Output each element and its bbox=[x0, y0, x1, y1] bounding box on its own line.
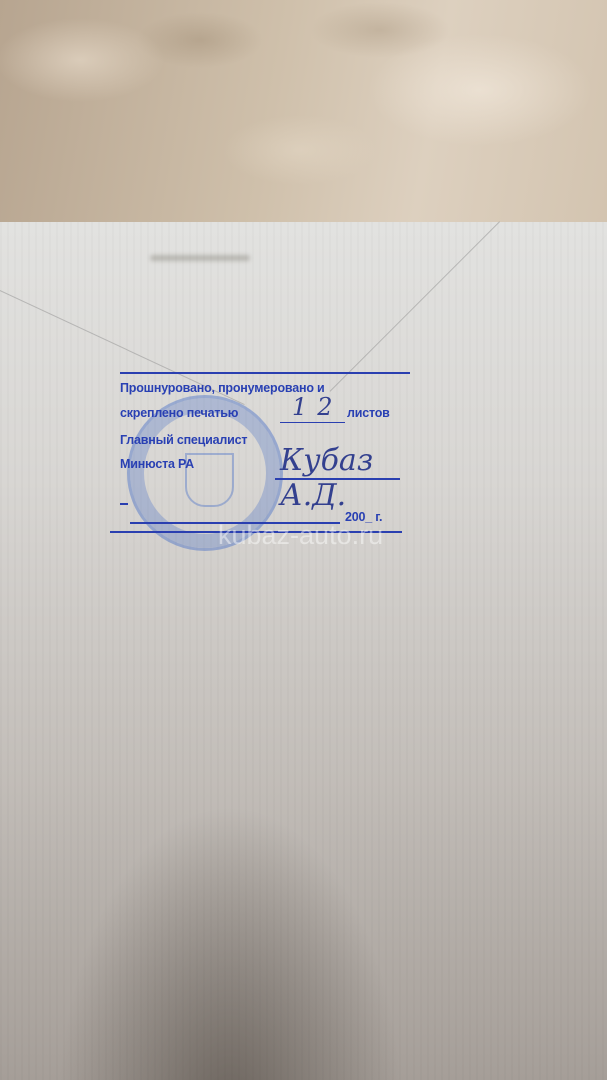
stamp-line-2-suffix: листов bbox=[347, 406, 390, 420]
paper-smudge bbox=[150, 255, 250, 261]
stamp-line-4: Минюста РА bbox=[120, 457, 194, 471]
date-dash bbox=[120, 503, 128, 505]
stamp-top-rule bbox=[120, 372, 410, 374]
document-page bbox=[0, 222, 607, 1080]
watermark: kubaz-auto.ru bbox=[218, 520, 383, 551]
binding-stamp: Прошнуровано, пронумеровано и скреплено … bbox=[110, 365, 420, 545]
stamp-line-2-prefix: скреплено печатью bbox=[120, 406, 238, 420]
sheet-count-underline bbox=[280, 422, 345, 423]
stamp-line-3: Главный специалист bbox=[120, 433, 247, 447]
carpet-background bbox=[0, 0, 607, 225]
signature: Кубаз А.Д. bbox=[280, 443, 420, 513]
sheet-count: 12 bbox=[292, 393, 343, 421]
